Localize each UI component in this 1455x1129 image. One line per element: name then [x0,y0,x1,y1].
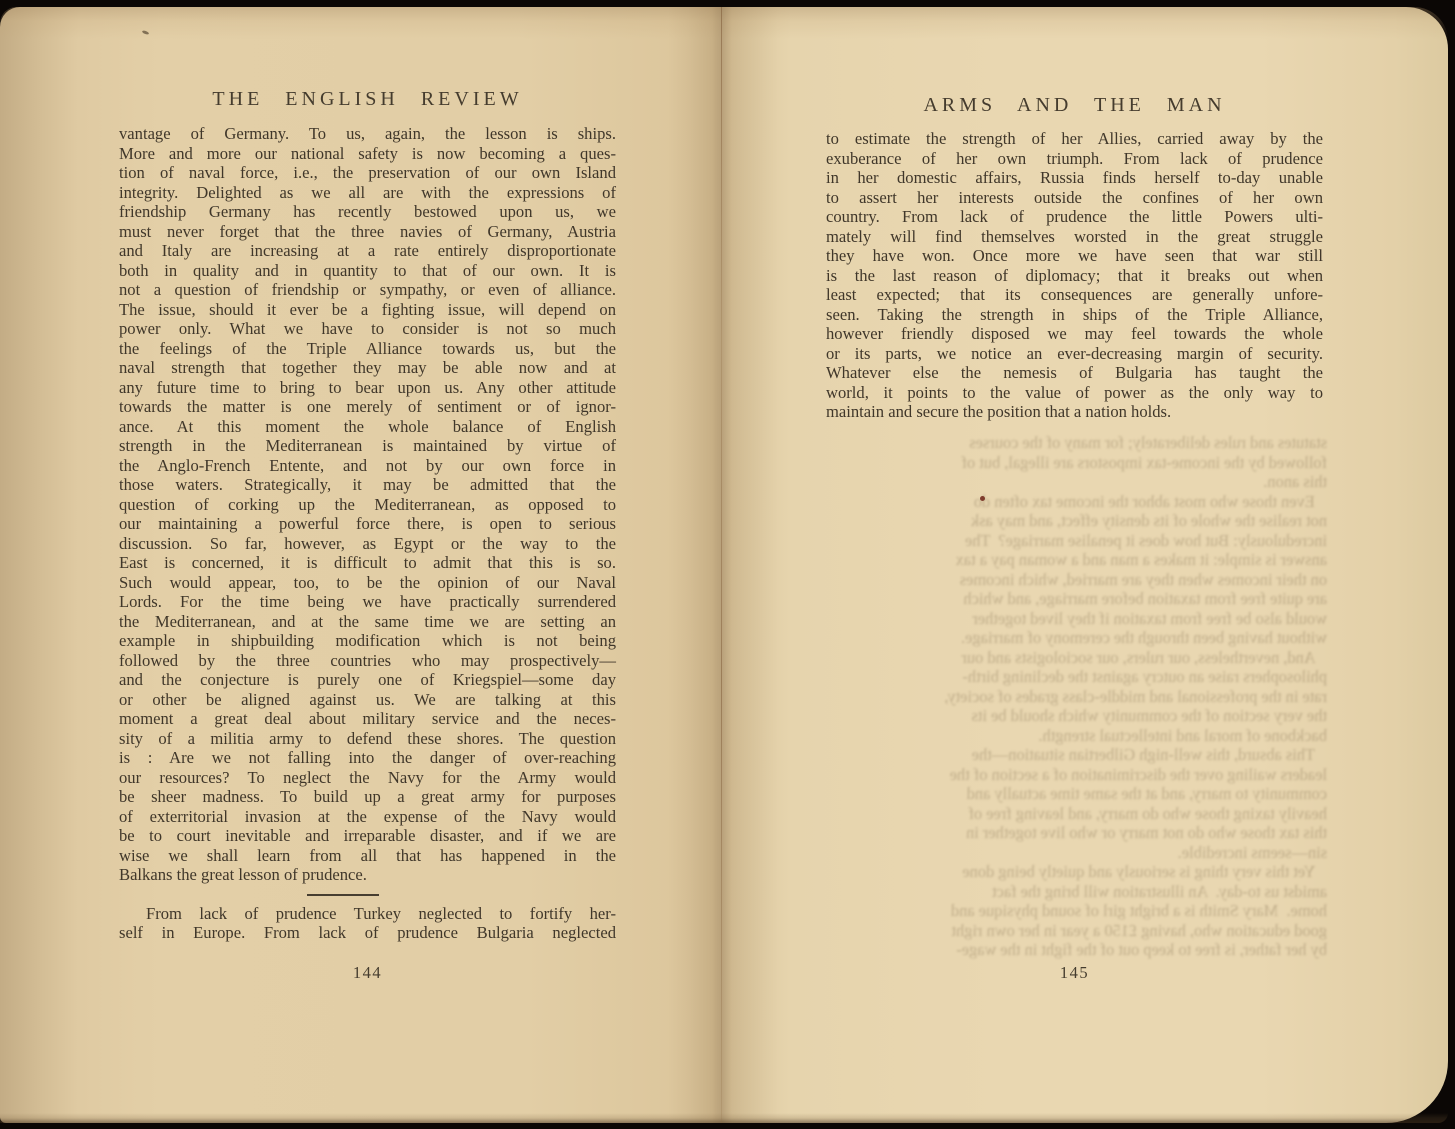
bleed-through-line: community to marry, and at the same time… [822,784,1327,804]
text-line: moment a great deal about military servi… [119,709,616,729]
bleed-through-line: statutes and rules deliberately; for man… [822,433,1327,453]
text-line: is the last reason of diplomacy; that it… [826,266,1323,286]
bleed-through-line: sin—seems incredible. [822,843,1327,863]
text-line: Lords. For the time being we have practi… [119,592,616,612]
section-divider [307,894,379,896]
text-line: exuberance of her own triumph. From lack… [826,149,1323,169]
text-line: world, it points to the value of power a… [826,383,1323,403]
text-line: or its parts, we notice an ever-decreasi… [826,344,1323,364]
bleed-through-line: by her father, is free to keep out of th… [822,940,1327,960]
text-line: question of corking up the Mediterranean… [119,495,616,515]
text-line: More and more our national safety is now… [119,144,616,164]
text-line: and Italy are increasing at a rate entir… [119,241,616,261]
page-gutter-crease [721,7,722,1123]
bleed-through-line: followed by the income-tax impostors are… [822,453,1327,473]
text-line: of exterritorial invasion at the expense… [119,807,616,827]
text-line: is : Are we not falling into the danger … [119,748,616,768]
right-page-number: 145 [826,963,1323,983]
bleed-through-line: would also be free from taxation if they… [822,609,1327,629]
text-line: Balkans the great lesson of prudence. [119,865,616,885]
bleed-through-line: And, nevertheless, our rulers, our socio… [822,648,1327,668]
bleed-through-line: Even those who most abhor the income tax… [822,492,1327,512]
bleed-through-line: on their incomes when they are married, … [822,570,1327,590]
text-line: both in quality and in quantity to that … [119,261,616,281]
bleed-through-line: without having been through the ceremony… [822,628,1327,648]
text-line: they have won. Once more we have seen th… [826,246,1323,266]
text-line: East is concerned, it is difficult to ad… [119,553,616,573]
left-page-header: THE ENGLISH REVIEW [119,88,616,111]
bleed-through-line: incredulously: But how does it penalise … [822,531,1327,551]
bleed-through-line: this tax those who do not marry or who l… [822,823,1327,843]
text-line: vantage of Germany. To us, again, the le… [119,124,616,144]
text-line: least expected; that its consequences ar… [826,285,1323,305]
bleed-through-line: not realise the whole of its density eff… [822,511,1327,531]
text-line: any future time to bring to bear upon us… [119,378,616,398]
text-line: followed by the three countries who may … [119,651,616,671]
bleed-through-line: Yet this very thing is seriously and qui… [822,862,1327,882]
text-line: Such would appear, too, to be the opinio… [119,573,616,593]
text-line: wise we shall learn from all that has ha… [119,846,616,866]
text-line: naval strength that together they may be… [119,358,616,378]
bleed-through-line: the very section of the community which … [822,706,1327,726]
text-line: our resources? To neglect the Navy for t… [119,768,616,788]
text-line: self in Europe. From lack of prudence Bu… [119,923,616,943]
bleed-through-line: heavily taxing those who do marry, and l… [822,804,1327,824]
text-line: The issue, should it ever be a fighting … [119,300,616,320]
paper-speck [142,30,150,35]
text-line: those waters. Strategically, it may be a… [119,475,616,495]
text-line: sity of a militia army to defend these s… [119,729,616,749]
text-line: not a question of friendship or sympathy… [119,280,616,300]
text-line: country. From lack of prudence the littl… [826,207,1323,227]
text-line: our maintaining a powerful force there, … [119,514,616,534]
text-line: must never forget that the three navies … [119,222,616,242]
text-line: the feelings of the Triple Alliance towa… [119,339,616,359]
left-page-number: 144 [119,963,616,983]
text-line: example in shipbuilding modification whi… [119,631,616,651]
bleed-through-line: amidst us to-day. An illustration will b… [822,882,1327,902]
bleed-through-line: this anon. [822,472,1327,492]
text-line: the Mediterranean, and at the same time … [119,612,616,632]
text-line: be to court inevitable and irreparable d… [119,826,616,846]
text-line: ance. At this moment the whole balance o… [119,417,616,437]
text-line: maintain and secure the position that a … [826,402,1323,422]
page-gutter-shadow [668,7,778,1123]
bleed-through-line: This absurd, this well-nigh Gilbertian s… [822,745,1327,765]
text-line: discussion. So far, however, as Egypt or… [119,534,616,554]
text-line: towards the matter is one merely of sent… [119,397,616,417]
text-line: power only. What we have to consider is … [119,319,616,339]
text-line: be sheer madness. To build up a great ar… [119,787,616,807]
text-line: tion of naval force, i.e., the preservat… [119,163,616,183]
text-line: seen. Taking the strength in ships of th… [826,305,1323,325]
right-page-header: ARMS AND THE MAN [826,94,1323,117]
bleed-through-line: home. Mary Smith is a bright girl of sou… [822,901,1327,921]
text-line: mately will find themselves worsted in t… [826,227,1323,247]
text-line: to estimate the strength of her Allies, … [826,129,1323,149]
text-line: or other be aligned against us. We are t… [119,690,616,710]
paper-speck [980,496,985,501]
bleed-through-line: leaders wailing over the discrimination … [822,765,1327,785]
text-line: Whatever else the nemesis of Bulgaria ha… [826,363,1323,383]
text-line: From lack of prudence Turkey neglected t… [119,904,616,924]
text-line: to assert her interests outside the conf… [826,188,1323,208]
bleed-through-line: answer is simple: it makes a man and a w… [822,550,1327,570]
text-line: integrity. Delighted as we all are with … [119,183,616,203]
bleed-through-line: philosophers raise an outcry against the… [822,667,1327,687]
right-page-body: to estimate the strength of her Allies, … [826,129,1323,422]
text-line: in her domestic affairs, Russia finds he… [826,168,1323,188]
text-line: and the conjecture is purely one of Krie… [119,670,616,690]
bleed-through-line: backbone of moral and intellectual stren… [822,726,1327,746]
bleed-through-line: are quite free from taxation before marr… [822,589,1327,609]
bleed-through-line: rate in the professional and middle-clas… [822,687,1327,707]
text-line: friendship Germany has recently bestowed… [119,202,616,222]
text-line: however friendly disposed we may feel to… [826,324,1323,344]
bleed-through-text: statutes and rules deliberately; for man… [822,433,1327,973]
text-line: strength in the Mediterranean is maintai… [119,436,616,456]
bleed-through-line: good education who, having £150 a year i… [822,921,1327,941]
left-page-body: vantage of Germany. To us, again, the le… [119,124,616,943]
text-line: the Anglo-French Entente, and not by our… [119,456,616,476]
